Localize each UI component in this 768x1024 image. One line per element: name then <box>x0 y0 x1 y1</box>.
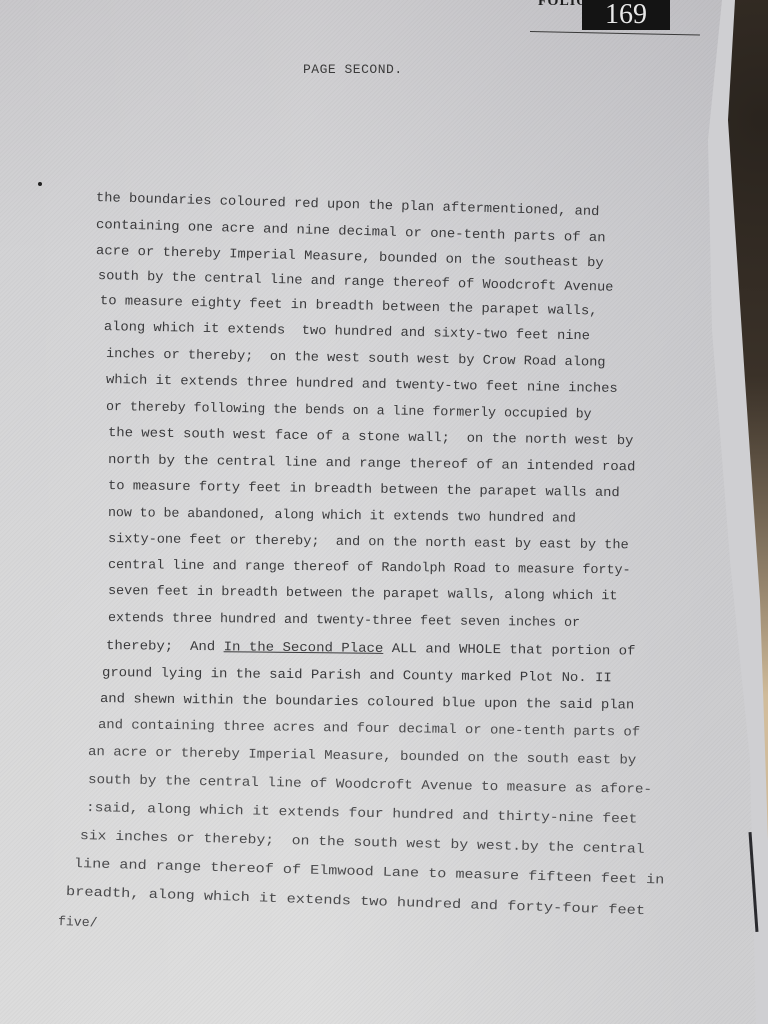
text-line: ground lying in the said Parish and Coun… <box>102 665 612 685</box>
underlined-heading: In the Second Place <box>224 639 384 656</box>
text-line: or thereby following the bends on a line… <box>106 399 592 422</box>
text-line: containing one acre and nine decimal or … <box>96 217 606 245</box>
text-line: the boundaries coloured red upon the pla… <box>96 190 600 219</box>
text-line: :said, along which it extends four hundr… <box>86 800 638 827</box>
line-tail: ALL and WHOLE that portion of <box>383 641 635 659</box>
text-line: sixty-one feet or thereby; and on the no… <box>108 531 629 552</box>
text-line: inches or thereby; on the west south wes… <box>106 346 606 370</box>
text-line: seven feet in breadth between the parape… <box>108 583 618 603</box>
text-line-second-place: thereby; And In the Second Place ALL and… <box>106 638 636 659</box>
text-line: to measure forty feet in breadth between… <box>108 478 620 500</box>
deed-body-text: the boundaries coloured red upon the pla… <box>0 0 768 1024</box>
text-line: south by the central line and range ther… <box>98 268 614 295</box>
text-line: along which it extends two hundred and s… <box>104 319 590 343</box>
text-line: acre or thereby Imperial Measure, bounde… <box>96 243 604 270</box>
text-line: central line and range thereof of Randol… <box>108 557 631 577</box>
text-line: line and range thereof of Elmwood Lane t… <box>74 856 665 887</box>
text-line: south by the central line of Woodcroft A… <box>88 772 652 797</box>
text-line: breadth, along which it extends two hund… <box>66 884 646 918</box>
text-line: north by the central line and range ther… <box>108 452 636 474</box>
text-line: which it extends three hundred and twent… <box>106 372 618 396</box>
text-line: now to be abandoned, along which it exte… <box>108 505 576 526</box>
text-line: to measure eighty feet in breadth betwee… <box>100 293 598 318</box>
text-line: the west south west face of a stone wall… <box>108 425 634 448</box>
line-lead: thereby; And <box>106 638 224 654</box>
text-line: five/ <box>58 914 98 931</box>
text-line: an acre or thereby Imperial Measure, bou… <box>88 744 637 768</box>
text-line: six inches or thereby; on the south west… <box>80 828 645 857</box>
text-line: extends three hundred and twenty-three f… <box>108 610 580 630</box>
text-line: and shewn within the boundaries coloured… <box>100 691 634 713</box>
text-line: and containing three acres and four deci… <box>98 717 640 740</box>
